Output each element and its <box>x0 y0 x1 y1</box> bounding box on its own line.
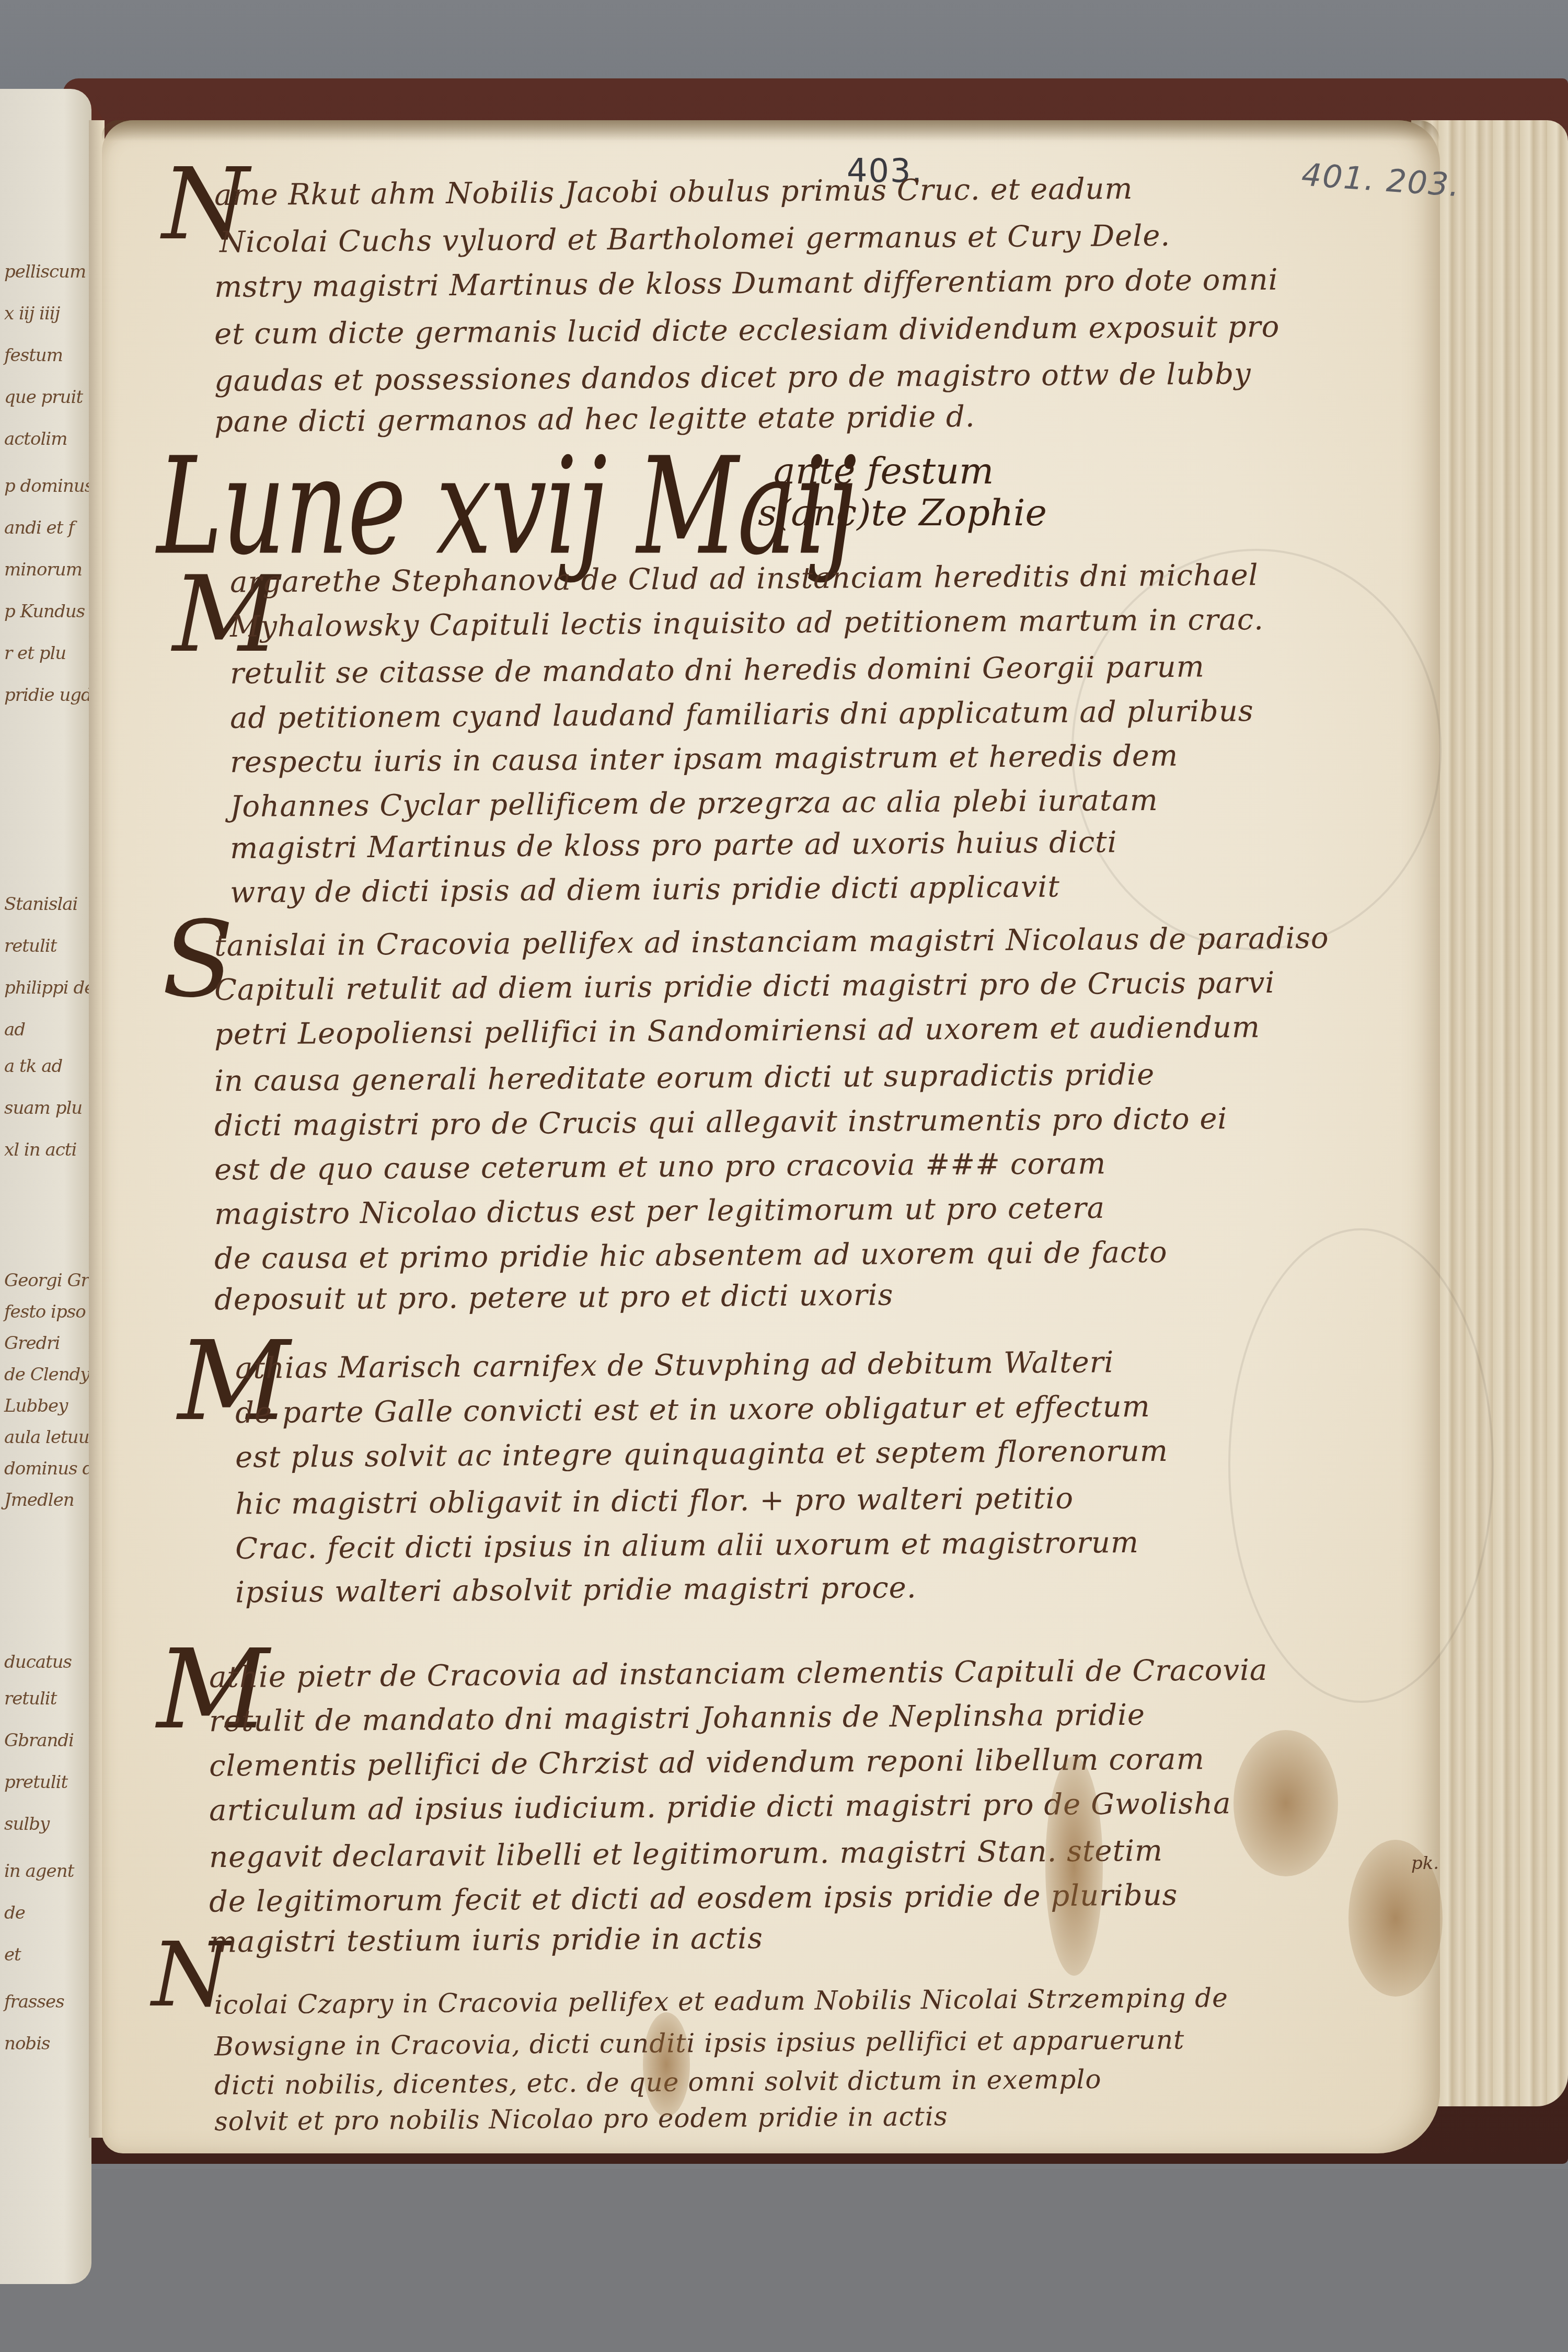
entry-line: solvit et pro nobilis Nicolao pro eodem … <box>214 2101 948 2137</box>
left-fragment: andi et f <box>4 517 74 538</box>
entry-line: est de quo cause ceterum et uno pro crac… <box>214 1147 1106 1187</box>
entry-line: deposuit ut pro. petere ut pro et dicti … <box>214 1278 894 1317</box>
left-fragment: de Clendy <box>4 1364 90 1385</box>
left-fragment: Stanislai <box>4 894 77 915</box>
left-fragment: r et plu <box>4 643 66 664</box>
left-fragment: actolim <box>4 429 67 449</box>
left-fragment: et <box>4 1944 21 1965</box>
bleed-through-mark <box>1228 1228 1494 1703</box>
backdrop-bottom <box>0 2169 1568 2352</box>
entry-line: de causa et primo pridie hic absentem ad… <box>214 1236 1168 1276</box>
left-fragment: Georgi Grolkzi <box>4 1270 91 1291</box>
left-fragment: Jmedlen <box>4 1490 74 1511</box>
ink-stain <box>643 2012 690 2117</box>
ink-stain <box>1045 1756 1103 1976</box>
left-fragment: retulit <box>4 1688 56 1709</box>
left-fragment: a tk ad <box>4 1056 62 1077</box>
left-fragment: xl in acti <box>4 1139 76 1160</box>
left-fragment: minorum <box>4 559 82 580</box>
left-fragment: dominus dicti <box>4 1458 91 1479</box>
entry-line: Johannes Cyclar pellificem de przegrza a… <box>230 783 1158 824</box>
left-fragment: Gredri <box>4 1333 60 1354</box>
entry-line: argarethe Stephanova de Clud ad instanci… <box>230 558 1259 599</box>
entry-line: Myhalowsky Capituli lectis inquisito ad … <box>230 603 1264 644</box>
left-fragment: de <box>4 1903 25 1923</box>
left-fragment: festum <box>4 345 63 366</box>
left-fragment: pretulit <box>4 1772 67 1793</box>
heading-note-line2: s(anc)te Zophie <box>758 491 1047 534</box>
left-fragment: retulit <box>4 936 56 956</box>
left-fragment: pelliscum <box>4 261 86 282</box>
entry-line: athias Marisch carnifex de Stuvphing ad … <box>235 1345 1114 1386</box>
left-fragment: ducatus <box>4 1652 72 1673</box>
entry-line: de parte Galle convicti est et in uxore … <box>235 1390 1150 1430</box>
left-fragment: ad <box>4 1019 25 1040</box>
left-page: pelliscum x iij iiij festum que pruit ac… <box>0 89 91 2284</box>
entry-line: retulit de mandato dni magistri Johannis… <box>209 1698 1145 1739</box>
entry-line: gaudas et possessiones dandos dicet pro … <box>214 357 1251 398</box>
entry-line: magistri Martinus de kloss pro parte ad … <box>230 825 1117 866</box>
entry-line: retulit se citasse de mandato dni heredi… <box>230 650 1205 690</box>
entry-line: dicti magistri pro de Crucis qui allegav… <box>214 1102 1228 1143</box>
left-fragment: Gbrandi <box>4 1730 74 1751</box>
left-fragment: in agent <box>4 1861 74 1882</box>
entry-line: ipsius walteri absolvit pridie magistri … <box>235 1571 917 1609</box>
left-fragment: pridie ugdi <box>4 685 91 706</box>
entry-line: ad petitionem cyand laudand familiaris d… <box>230 694 1254 735</box>
entry-line: Crac. fecit dicti ipsius in alium alii u… <box>235 1526 1139 1566</box>
entry-line: in causa generali hereditate eorum dicti… <box>214 1058 1155 1099</box>
entry-line: magistri testium iuris pridie in actis <box>209 1921 763 1959</box>
entry-line: hic magistri obligavit in dicti flor. + … <box>235 1481 1074 1521</box>
margin-mark: pk. <box>1411 1853 1439 1874</box>
left-fragment: p Kundus <box>4 601 85 622</box>
entry-line: wray de dicti ipsis ad diem iuris pridie… <box>230 870 1060 909</box>
entry-line: negavit declaravit libelli et legitimoru… <box>209 1834 1163 1875</box>
left-fragment: x iij iiij <box>4 303 60 324</box>
entry-line: respectu iuris in causa inter ipsam magi… <box>230 739 1179 780</box>
left-fragment: sulby <box>4 1814 49 1835</box>
heading-note-line1: ante festum <box>774 449 994 492</box>
entry-line: est plus solvit ac integre quinquaginta … <box>235 1434 1168 1474</box>
left-fragment: festo ipso Stan <box>4 1301 91 1322</box>
left-fragment: aula letuud <box>4 1427 91 1448</box>
left-fragment: frasses <box>4 1991 64 2012</box>
page-top-shadow <box>102 120 1440 141</box>
left-fragment: que pruit <box>4 387 83 408</box>
left-fragment: suam plu <box>4 1098 82 1119</box>
entry-line: Nicolai Cuchs vyluord et Bartholomei ger… <box>220 219 1171 260</box>
left-fragment: p dominus <box>4 476 91 497</box>
ink-stain <box>1233 1730 1338 1876</box>
entry-line: de legitimorum fecit et dicti ad eosdem … <box>209 1878 1178 1919</box>
left-fragment: philippi de <box>4 977 91 998</box>
entry-line: ame Rkut ahm Nobilis Jacobi obulus primu… <box>214 172 1133 212</box>
entry-line: magistro Nicolao dictus est per legitimo… <box>214 1191 1105 1231</box>
entry-line: clementis pellifici de Chrzist ad vidend… <box>209 1742 1205 1783</box>
left-fragment: Lubbey <box>4 1396 67 1416</box>
left-fragment: nobis <box>4 2033 50 2054</box>
